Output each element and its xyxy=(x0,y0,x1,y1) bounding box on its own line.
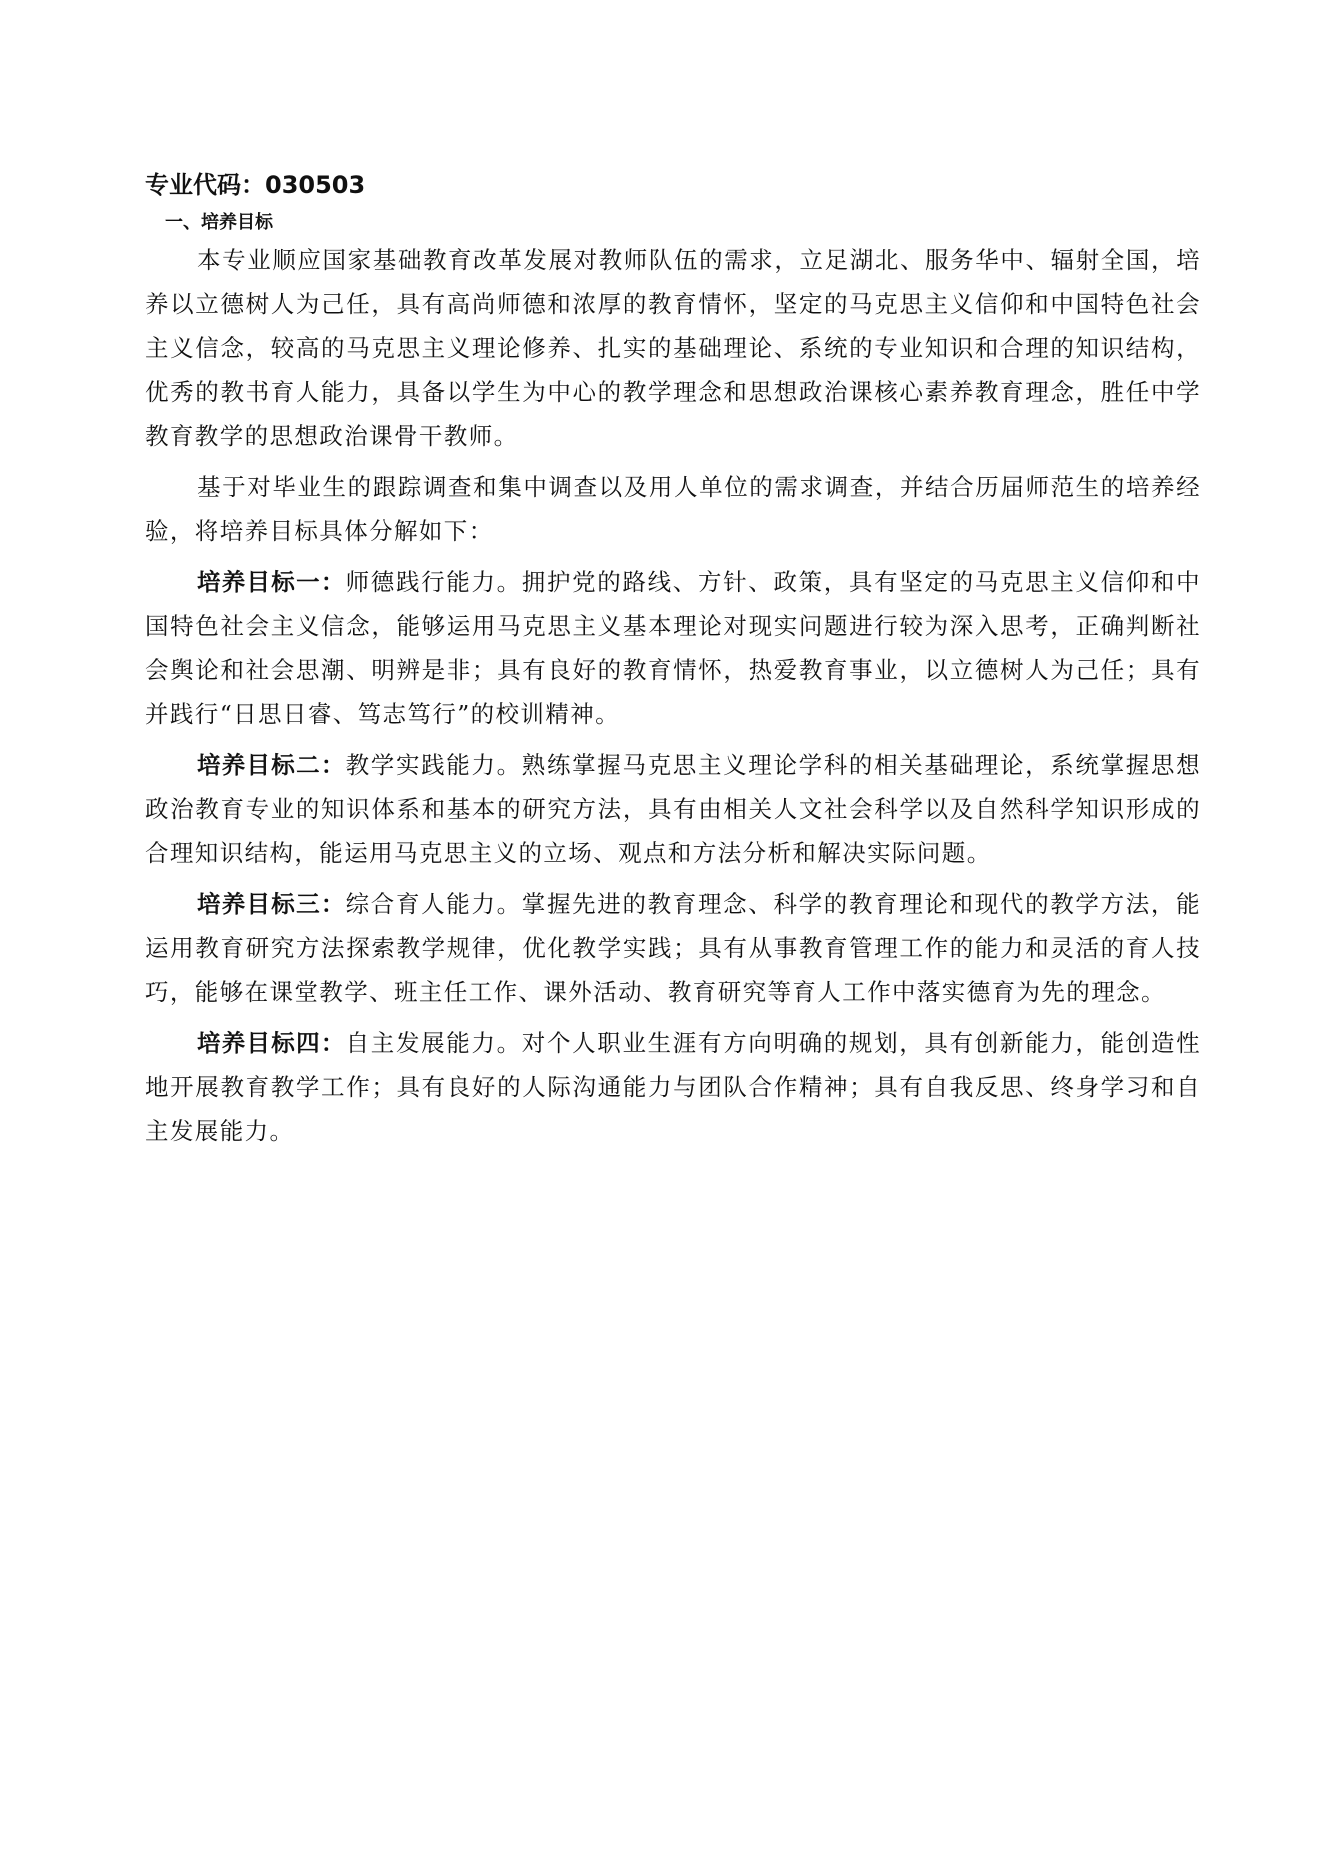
goal-paragraph-1: 培养目标一：师德践行能力。拥护党的路线、方针、政策，具有坚定的马克思主义信仰和中… xyxy=(145,560,1201,736)
decomposition-paragraph: 基于对毕业生的跟踪调查和集中调查以及用人单位的需求调查，并结合历届师范生的培养经… xyxy=(145,465,1201,553)
section-heading-training-objectives: 一、培养目标 xyxy=(165,208,1201,238)
intro-paragraph: 本专业顺应国家基础教育改革发展对教师队伍的需求，立足湖北、服务华中、辐射全国，培… xyxy=(145,238,1201,458)
goal-label-3: 培养目标三： xyxy=(197,890,346,918)
goal-label-1: 培养目标一： xyxy=(197,568,346,596)
goal-label-2: 培养目标二： xyxy=(197,751,346,779)
goal-paragraph-2: 培养目标二：教学实践能力。熟练掌握马克思主义理论学科的相关基础理论，系统掌握思想… xyxy=(145,743,1201,875)
goal-paragraph-3: 培养目标三：综合育人能力。掌握先进的教育理念、科学的教育理论和现代的教学方法，能… xyxy=(145,882,1201,1014)
goal-label-4: 培养目标四： xyxy=(197,1029,346,1057)
document-page: 专业代码：030503 一、培养目标 本专业顺应国家基础教育改革发展对教师队伍的… xyxy=(145,168,1201,1153)
major-code-title: 专业代码：030503 xyxy=(145,168,1201,202)
goal-paragraph-4: 培养目标四：自主发展能力。对个人职业生涯有方向明确的规划，具有创新能力，能创造性… xyxy=(145,1021,1201,1153)
